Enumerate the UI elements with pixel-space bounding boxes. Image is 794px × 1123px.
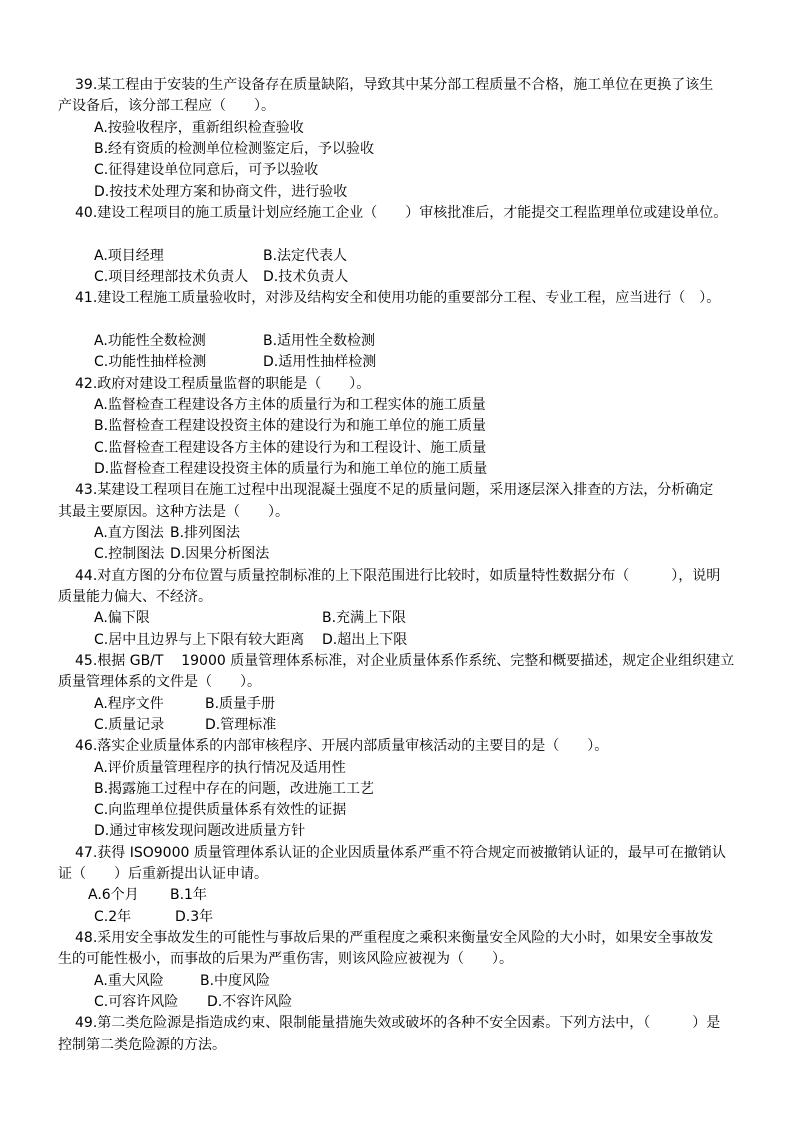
stem-line: 44.对直方图的分布位置与质量控制标准的上下限范围进行比较时，如质量特性数据分布… bbox=[58, 566, 738, 587]
option-c: C.2年 bbox=[94, 907, 175, 928]
option-c: C.可容许风险 bbox=[94, 992, 207, 1013]
option-c: C.质量记录 bbox=[94, 715, 205, 736]
option-b: B.质量手册 bbox=[205, 696, 275, 712]
option-row: A.程序文件B.质量手册 bbox=[58, 694, 738, 715]
option-row: C.2年D.3年 bbox=[58, 907, 738, 928]
option-line: B.监督检查工程建设投资主体的建设行为和施工单位的施工质量 bbox=[58, 416, 738, 437]
option-line: A.评价质量管理程序的执行情况及适用性 bbox=[58, 758, 738, 779]
option-d: D.不容许风险 bbox=[207, 994, 292, 1010]
stem-line: 证（ ）后重新提出认证申请。 bbox=[58, 864, 738, 885]
stem-line: 质量能力偏大、不经济。 bbox=[58, 587, 738, 608]
option-row: A.项目经理B.法定代表人 bbox=[58, 246, 738, 267]
option-c: C.居中且边界与上下限有较大距离 bbox=[94, 630, 322, 651]
option-a: A.重大风险 bbox=[94, 971, 200, 992]
question-46: 46.落实企业质量体系的内部审核程序、开展内部质量审核活动的主要目的是（ ）。 … bbox=[58, 736, 738, 843]
option-b: B.排列图法 bbox=[170, 525, 240, 541]
blank-line bbox=[58, 224, 738, 245]
option-row: C.居中且边界与上下限有较大距离D.超出上下限 bbox=[58, 630, 738, 651]
stem-line: 生的可能性极小，而事故的后果为严重伤害，则该风险应被视为（ ）。 bbox=[58, 949, 738, 970]
stem-line: 39.某工程由于安装的生产设备存在质量缺陷，导致其中某分部工程质量不合格，施工单… bbox=[58, 75, 738, 96]
option-b: B.中度风险 bbox=[200, 973, 270, 989]
question-48: 48.采用安全事故发生的可能性与事故后果的严重程度之乘积来衡量安全风险的大小时，… bbox=[58, 928, 738, 1013]
stem-line: 40.建设工程项目的施工质量计划应经施工企业（ ）审核批准后，才能提交工程监理单… bbox=[58, 203, 738, 224]
option-row: C.质量记录D.管理标准 bbox=[58, 715, 738, 736]
question-40: 40.建设工程项目的施工质量计划应经施工企业（ ）审核批准后，才能提交工程监理单… bbox=[58, 203, 738, 288]
option-line: C.征得建设单位同意后，可予以验收 bbox=[58, 160, 738, 181]
option-d: D.超出上下限 bbox=[322, 632, 407, 648]
option-b: B.充满上下限 bbox=[322, 610, 406, 626]
option-row: A.6个月B.1年 bbox=[58, 885, 738, 906]
option-line: B.经有资质的检测单位检测鉴定后，予以验收 bbox=[58, 139, 738, 160]
question-42: 42.政府对建设工程质量监督的职能是（ ）。 A.监督检查工程建设各方主体的质量… bbox=[58, 374, 738, 481]
option-row: C.可容许风险D.不容许风险 bbox=[58, 992, 738, 1013]
option-row: C.控制图法D.因果分析图法 bbox=[58, 544, 738, 565]
option-row: A.直方图法B.排列图法 bbox=[58, 523, 738, 544]
option-line: A.监督检查工程建设各方主体的质量行为和工程实体的施工质量 bbox=[58, 395, 738, 416]
option-line: A.按验收程序，重新组织检查验收 bbox=[58, 118, 738, 139]
option-d: D.因果分析图法 bbox=[170, 546, 269, 562]
option-a: A.程序文件 bbox=[94, 694, 205, 715]
option-c: C.项目经理部技术负责人 bbox=[94, 267, 263, 288]
question-49: 49.第二类危险源是指造成约束、限制能量措施失效或破坏的各种不安全因素。下列方法… bbox=[58, 1013, 738, 1056]
question-41: 41.建设工程施工质量验收时，对涉及结构安全和使用功能的重要部分工程、专业工程，… bbox=[58, 288, 738, 373]
option-c: C.功能性抽样检测 bbox=[94, 352, 263, 373]
option-b: B.法定代表人 bbox=[263, 248, 347, 264]
option-line: D.按技术处理方案和协商文件，进行验收 bbox=[58, 182, 738, 203]
option-a: A.功能性全数检测 bbox=[94, 331, 263, 352]
stem-line: 其最主要原因。这种方法是（ ）。 bbox=[58, 502, 738, 523]
question-43: 43.某建设工程项目在施工过程中出现混凝土强度不足的质量问题，采用逐层深入排查的… bbox=[58, 480, 738, 565]
question-47: 47.获得 ISO9000 质量管理体系认证的企业因质量体系严重不符合规定而被撤… bbox=[58, 843, 738, 928]
stem-line: 45.根据 GB/T 19000 质量管理体系标准，对企业质量体系作系统、完整和… bbox=[58, 651, 738, 672]
option-a: A.偏下限 bbox=[94, 608, 322, 629]
option-a: A.项目经理 bbox=[94, 246, 263, 267]
option-a: A.直方图法 bbox=[94, 523, 170, 544]
stem-line: 47.获得 ISO9000 质量管理体系认证的企业因质量体系严重不符合规定而被撤… bbox=[58, 843, 738, 864]
stem-line: 41.建设工程施工质量验收时，对涉及结构安全和使用功能的重要部分工程、专业工程，… bbox=[58, 288, 738, 309]
blank-line bbox=[58, 310, 738, 331]
stem-line: 质量管理体系的文件是（ ）。 bbox=[58, 672, 738, 693]
question-39: 39.某工程由于安装的生产设备存在质量缺陷，导致其中某分部工程质量不合格，施工单… bbox=[58, 75, 738, 203]
stem-line: 46.落实企业质量体系的内部审核程序、开展内部质量审核活动的主要目的是（ ）。 bbox=[58, 736, 738, 757]
stem-line: 42.政府对建设工程质量监督的职能是（ ）。 bbox=[58, 374, 738, 395]
option-b: B.适用性全数检测 bbox=[263, 333, 375, 349]
stem-line: 49.第二类危险源是指造成约束、限制能量措施失效或破坏的各种不安全因素。下列方法… bbox=[58, 1013, 738, 1034]
option-d: D.管理标准 bbox=[205, 717, 276, 733]
option-line: C.监督检查工程建设各方主体的建设行为和工程设计、施工质量 bbox=[58, 438, 738, 459]
option-d: D.3年 bbox=[175, 909, 213, 925]
option-line: C.向监理单位提供质量体系有效性的证据 bbox=[58, 800, 738, 821]
option-row: C.功能性抽样检测D.适用性抽样检测 bbox=[58, 352, 738, 373]
option-row: A.功能性全数检测B.适用性全数检测 bbox=[58, 331, 738, 352]
option-b: B.1年 bbox=[170, 887, 207, 903]
exam-page: 39.某工程由于安装的生产设备存在质量缺陷，导致其中某分部工程质量不合格，施工单… bbox=[0, 0, 794, 1123]
option-line: D.通过审核发现问题改进质量方针 bbox=[58, 821, 738, 842]
option-a: A.6个月 bbox=[88, 885, 170, 906]
stem-line: 产设备后，该分部工程应（ ）。 bbox=[58, 96, 738, 117]
option-row: A.偏下限B.充满上下限 bbox=[58, 608, 738, 629]
option-line: D.监督检查工程建设投资主体的质量行为和施工单位的施工质量 bbox=[58, 459, 738, 480]
option-line: B.揭露施工过程中存在的问题，改进施工工艺 bbox=[58, 779, 738, 800]
option-d: D.适用性抽样检测 bbox=[263, 354, 376, 370]
option-row: C.项目经理部技术负责人D.技术负责人 bbox=[58, 267, 738, 288]
question-45: 45.根据 GB/T 19000 质量管理体系标准，对企业质量体系作系统、完整和… bbox=[58, 651, 738, 736]
stem-line: 43.某建设工程项目在施工过程中出现混凝土强度不足的质量问题，采用逐层深入排查的… bbox=[58, 480, 738, 501]
option-d: D.技术负责人 bbox=[263, 269, 348, 285]
stem-line: 控制第二类危险源的方法。 bbox=[58, 1035, 738, 1056]
option-c: C.控制图法 bbox=[94, 544, 170, 565]
question-44: 44.对直方图的分布位置与质量控制标准的上下限范围进行比较时，如质量特性数据分布… bbox=[58, 566, 738, 651]
stem-line: 48.采用安全事故发生的可能性与事故后果的严重程度之乘积来衡量安全风险的大小时，… bbox=[58, 928, 738, 949]
option-row: A.重大风险B.中度风险 bbox=[58, 971, 738, 992]
